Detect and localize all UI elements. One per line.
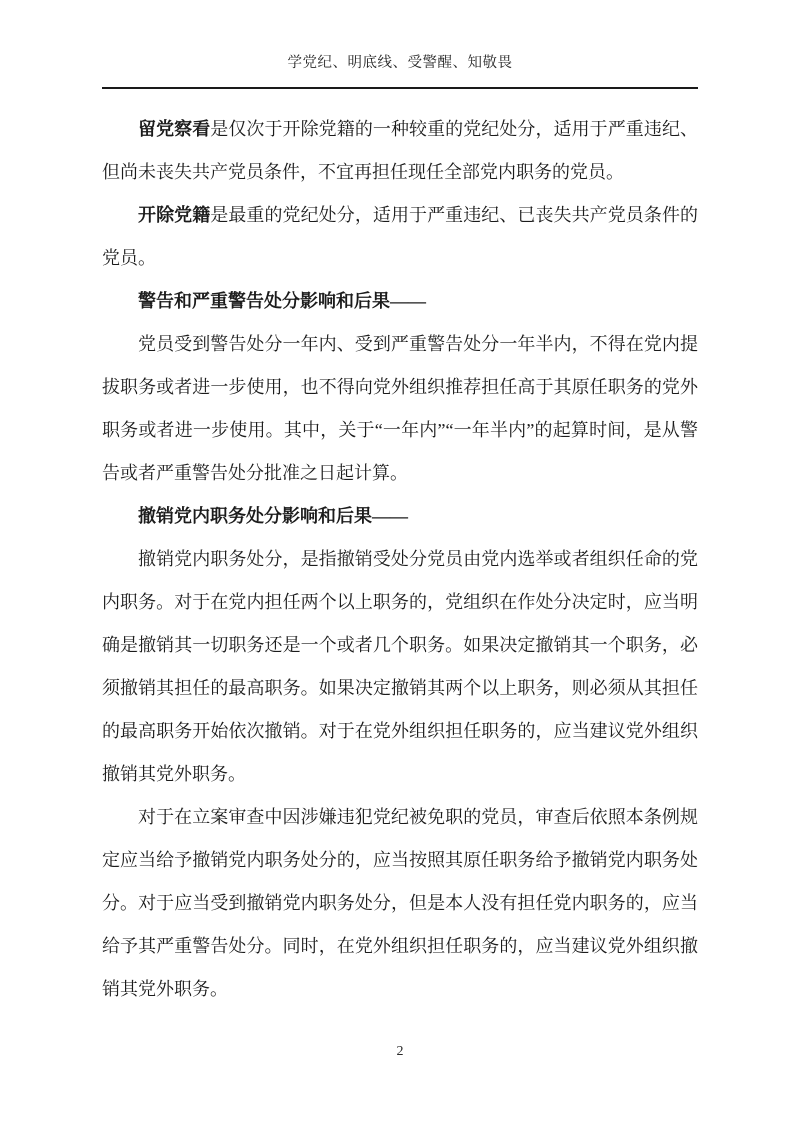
document-body: 留党察看是仅次于开除党籍的一种较重的党纪处分，适用于严重违纪、但尚未丧失共产党员…	[102, 108, 698, 1011]
paragraph: 开除党籍是最重的党纪处分，适用于严重违纪、已丧失共产党员条件的党员。	[102, 194, 698, 280]
document-page: 学党纪、明底线、受警醒、知敬畏 留党察看是仅次于开除党籍的一种较重的党纪处分，适…	[0, 0, 800, 1131]
paragraph: 撤销党内职务处分，是指撤销受处分党员由党内选举或者组织任命的党内职务。对于在党内…	[102, 538, 698, 796]
paragraph: 党员受到警告处分一年内、受到严重警告处分一年半内，不得在党内提拔职务或者进一步使…	[102, 323, 698, 495]
header-rule	[102, 87, 698, 89]
paragraph-lead-term: 开除党籍	[138, 205, 210, 225]
page-header-title: 学党纪、明底线、受警醒、知敬畏	[102, 54, 698, 72]
paragraph: 对于在立案审查中因涉嫌违犯党纪被免职的党员，审查后依照本条例规定应当给予撤销党内…	[102, 796, 698, 1011]
page-number: 2	[0, 1044, 800, 1060]
paragraph-lead-term: 留党察看	[138, 119, 210, 139]
section-heading: 撤销党内职务处分影响和后果——	[102, 495, 698, 538]
paragraph: 留党察看是仅次于开除党籍的一种较重的党纪处分，适用于严重违纪、但尚未丧失共产党员…	[102, 108, 698, 194]
section-heading: 警告和严重警告处分影响和后果——	[102, 280, 698, 323]
